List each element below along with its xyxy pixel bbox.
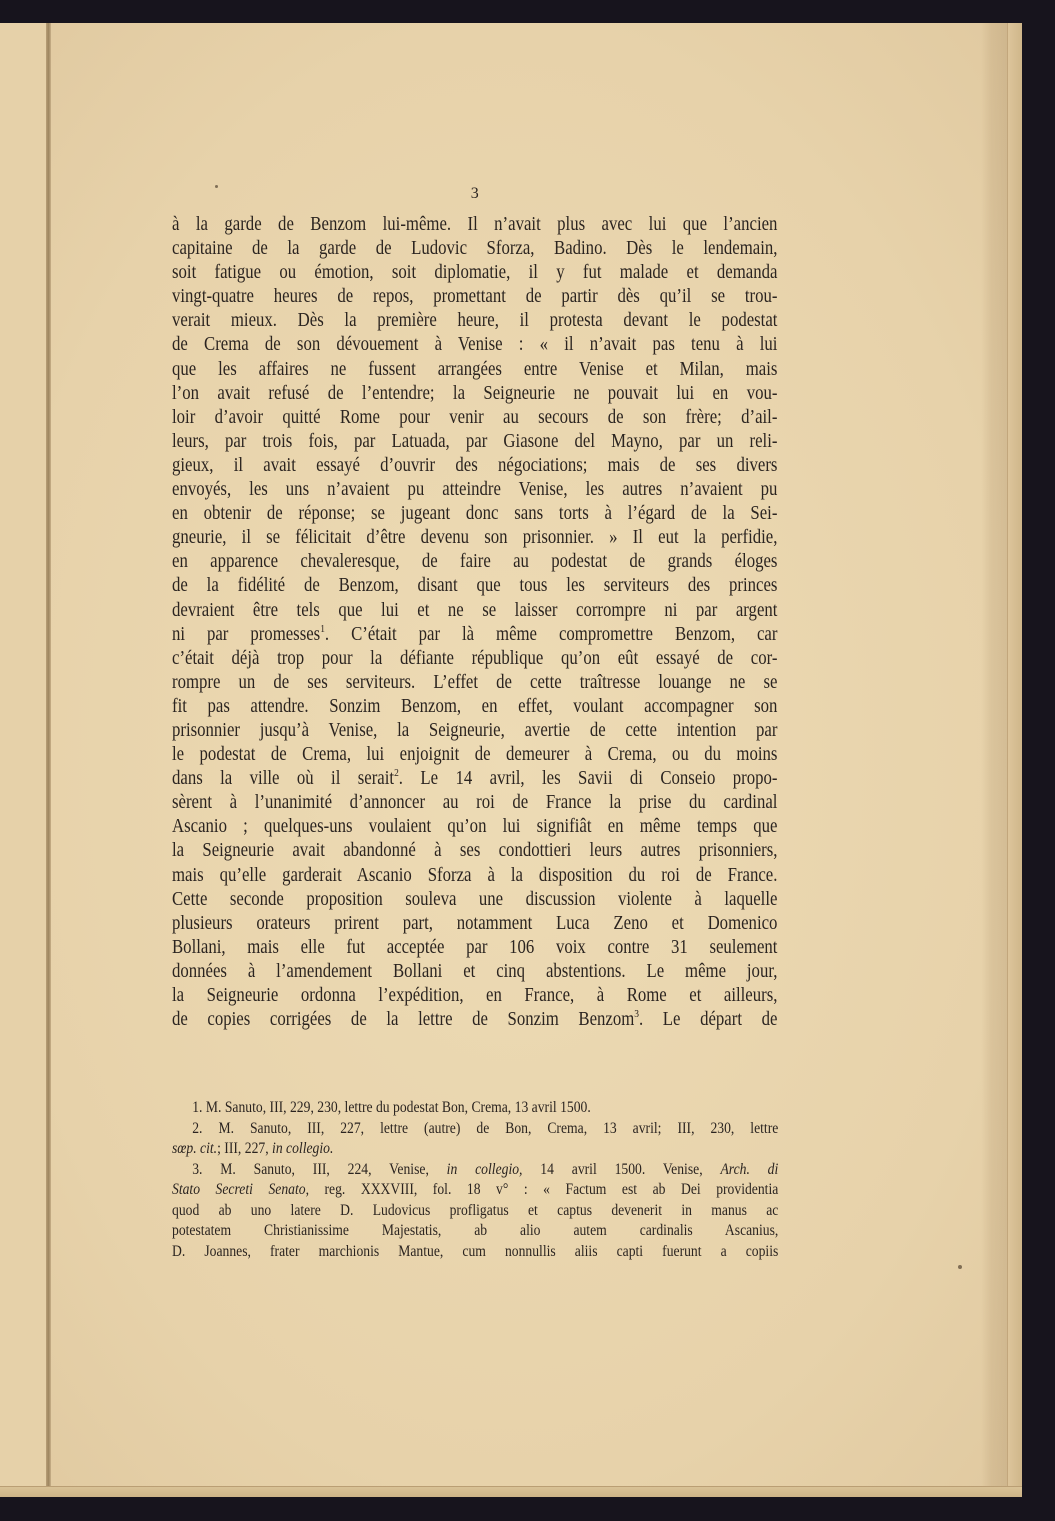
body-line: rompre un de ses serviteurs. L’effet de … xyxy=(172,671,777,695)
body-line: en apparence chevaleresque, de faire au … xyxy=(172,550,777,574)
body-line: Bollani, mais elle fut acceptée par 106 … xyxy=(172,936,777,960)
footnote-3-line-1: 3. M. Sanuto, III, 224, Venise, in colle… xyxy=(172,1160,778,1181)
body-line: loir d’avoir quitté Rome pour venir au s… xyxy=(172,406,777,430)
body-line: c’était déjà trop pour la défiante répub… xyxy=(172,647,777,671)
body-line: le podestat de Crema, lui enjoignit de d… xyxy=(172,743,777,767)
body-text-fragment: dans la ville où il serait xyxy=(172,768,394,789)
footnote-3-line-4: potestatem Christianissime Majestatis, a… xyxy=(172,1221,778,1242)
body-line-with-note: ni par promesses1. C’était par là même c… xyxy=(172,623,777,647)
book-gutter xyxy=(46,23,51,1497)
body-line: de la fidélité de Benzom, disant que tou… xyxy=(172,574,777,598)
book-page: 3 à la garde de Benzom lui-même. Il n’av… xyxy=(0,23,1022,1497)
footnotes: 1. M. Sanuto, III, 229, 230, lettre du p… xyxy=(172,1098,778,1262)
body-line: la Seigneurie avait abandonné à ses cond… xyxy=(172,839,777,863)
page-number: 3 xyxy=(172,185,778,203)
footnote-italic: in collegio, xyxy=(447,1161,523,1178)
body-text-fragment: . Le 14 avril, les Savii di Conseio prop… xyxy=(399,768,778,789)
footnote-2-line-1: 2. M. Sanuto, III, 227, lettre (autre) d… xyxy=(172,1119,778,1140)
body-line: mais qu’elle garderait Ascanio Sforza à … xyxy=(172,864,777,888)
page-bottom-edge xyxy=(0,1486,1022,1497)
footnote-text: 14 avril 1500. Venise, xyxy=(522,1161,720,1178)
page-right-edge xyxy=(1007,23,1022,1497)
footnote-3-line-5: D. Joannes, frater marchionis Mantue, cu… xyxy=(172,1242,778,1263)
body-line: plusieurs orateurs prirent part, notamme… xyxy=(172,912,777,936)
body-line: gieux, il avait essayé d’ouvrir des négo… xyxy=(172,454,777,478)
footnote-2-line-2: sœp. cit.; III, 227, in collegio. xyxy=(172,1139,778,1160)
body-line: devraient être tels que lui et ne se lai… xyxy=(172,599,777,623)
body-text-fragment: . C’était par là même compromettre Benzo… xyxy=(325,624,778,645)
body-line: vingt-quatre heures de repos, promettant… xyxy=(172,285,777,309)
body-line: que les affaires ne fussent arrangées en… xyxy=(172,358,777,382)
footnote-italic: Stato Secreti Senato, xyxy=(172,1181,309,1198)
body-line: l’on avait refusé de l’entendre; la Seig… xyxy=(172,382,777,406)
body-line-with-note: de copies corrigées de la lettre de Sonz… xyxy=(172,1008,777,1032)
body-line: de Crema de son dévouement à Venise : « … xyxy=(172,333,777,357)
body-text-fragment: ni par promesses xyxy=(172,624,320,645)
footnote-3-line-2: Stato Secreti Senato, reg. XXXVIII, fol.… xyxy=(172,1180,778,1201)
body-text-fragment: de copies corrigées de la lettre de Sonz… xyxy=(172,1009,634,1030)
body-line: verait mieux. Dès la première heure, il … xyxy=(172,309,777,333)
body-text-fragment: . Le départ de xyxy=(639,1009,777,1030)
body-line: envoyés, les uns n’avaient pu atteindre … xyxy=(172,478,777,502)
body-line: sèrent à l’unanimité d’annoncer au roi d… xyxy=(172,791,777,815)
body-line: soit fatigue ou émotion, soit diplomatie… xyxy=(172,261,777,285)
footnote-italic: in collegio. xyxy=(272,1140,333,1157)
paper-speck xyxy=(958,1265,962,1269)
body-line: prisonnier jusqu’à Venise, la Seigneurie… xyxy=(172,719,777,743)
body-text: à la garde de Benzom lui-même. Il n’avai… xyxy=(172,213,778,1032)
previous-page-edge xyxy=(0,23,46,1497)
body-line: Ascanio ; quelques-uns voulaient qu’on l… xyxy=(172,815,777,839)
body-line: Cette seconde proposition souleva une di… xyxy=(172,888,777,912)
footnote-italic: Arch. di xyxy=(720,1161,778,1178)
footnote-text: 3. M. Sanuto, III, 224, Venise, xyxy=(192,1161,446,1178)
body-line: gneurie, il se félicitait d’être devenu … xyxy=(172,526,777,550)
footnote-3-line-3: quod ab uno latere D. Ludovicus profliga… xyxy=(172,1201,778,1222)
footnote-text: ; III, 227, xyxy=(217,1140,272,1157)
footnote-1: 1. M. Sanuto, III, 229, 230, lettre du p… xyxy=(172,1098,778,1119)
body-line: leurs, par trois fois, par Latuada, par … xyxy=(172,430,777,454)
footnote-text: reg. XXXVIII, fol. 18 v° : « Factum est … xyxy=(309,1181,778,1198)
body-line: fit pas attendre. Sonzim Benzom, en effe… xyxy=(172,695,777,719)
body-line: à la garde de Benzom lui-même. Il n’avai… xyxy=(172,213,777,237)
body-line: en obtenir de réponse; se jugeant donc s… xyxy=(172,502,777,526)
body-line-with-note: dans la ville où il serait2. Le 14 avril… xyxy=(172,767,777,791)
body-line: la Seigneurie ordonna l’expédition, en F… xyxy=(172,984,777,1008)
body-line: données à l’amendement Bollani et cinq a… xyxy=(172,960,777,984)
body-line: capitaine de la garde de Ludovic Sforza,… xyxy=(172,237,777,261)
footnote-italic: sœp. cit. xyxy=(172,1140,217,1157)
